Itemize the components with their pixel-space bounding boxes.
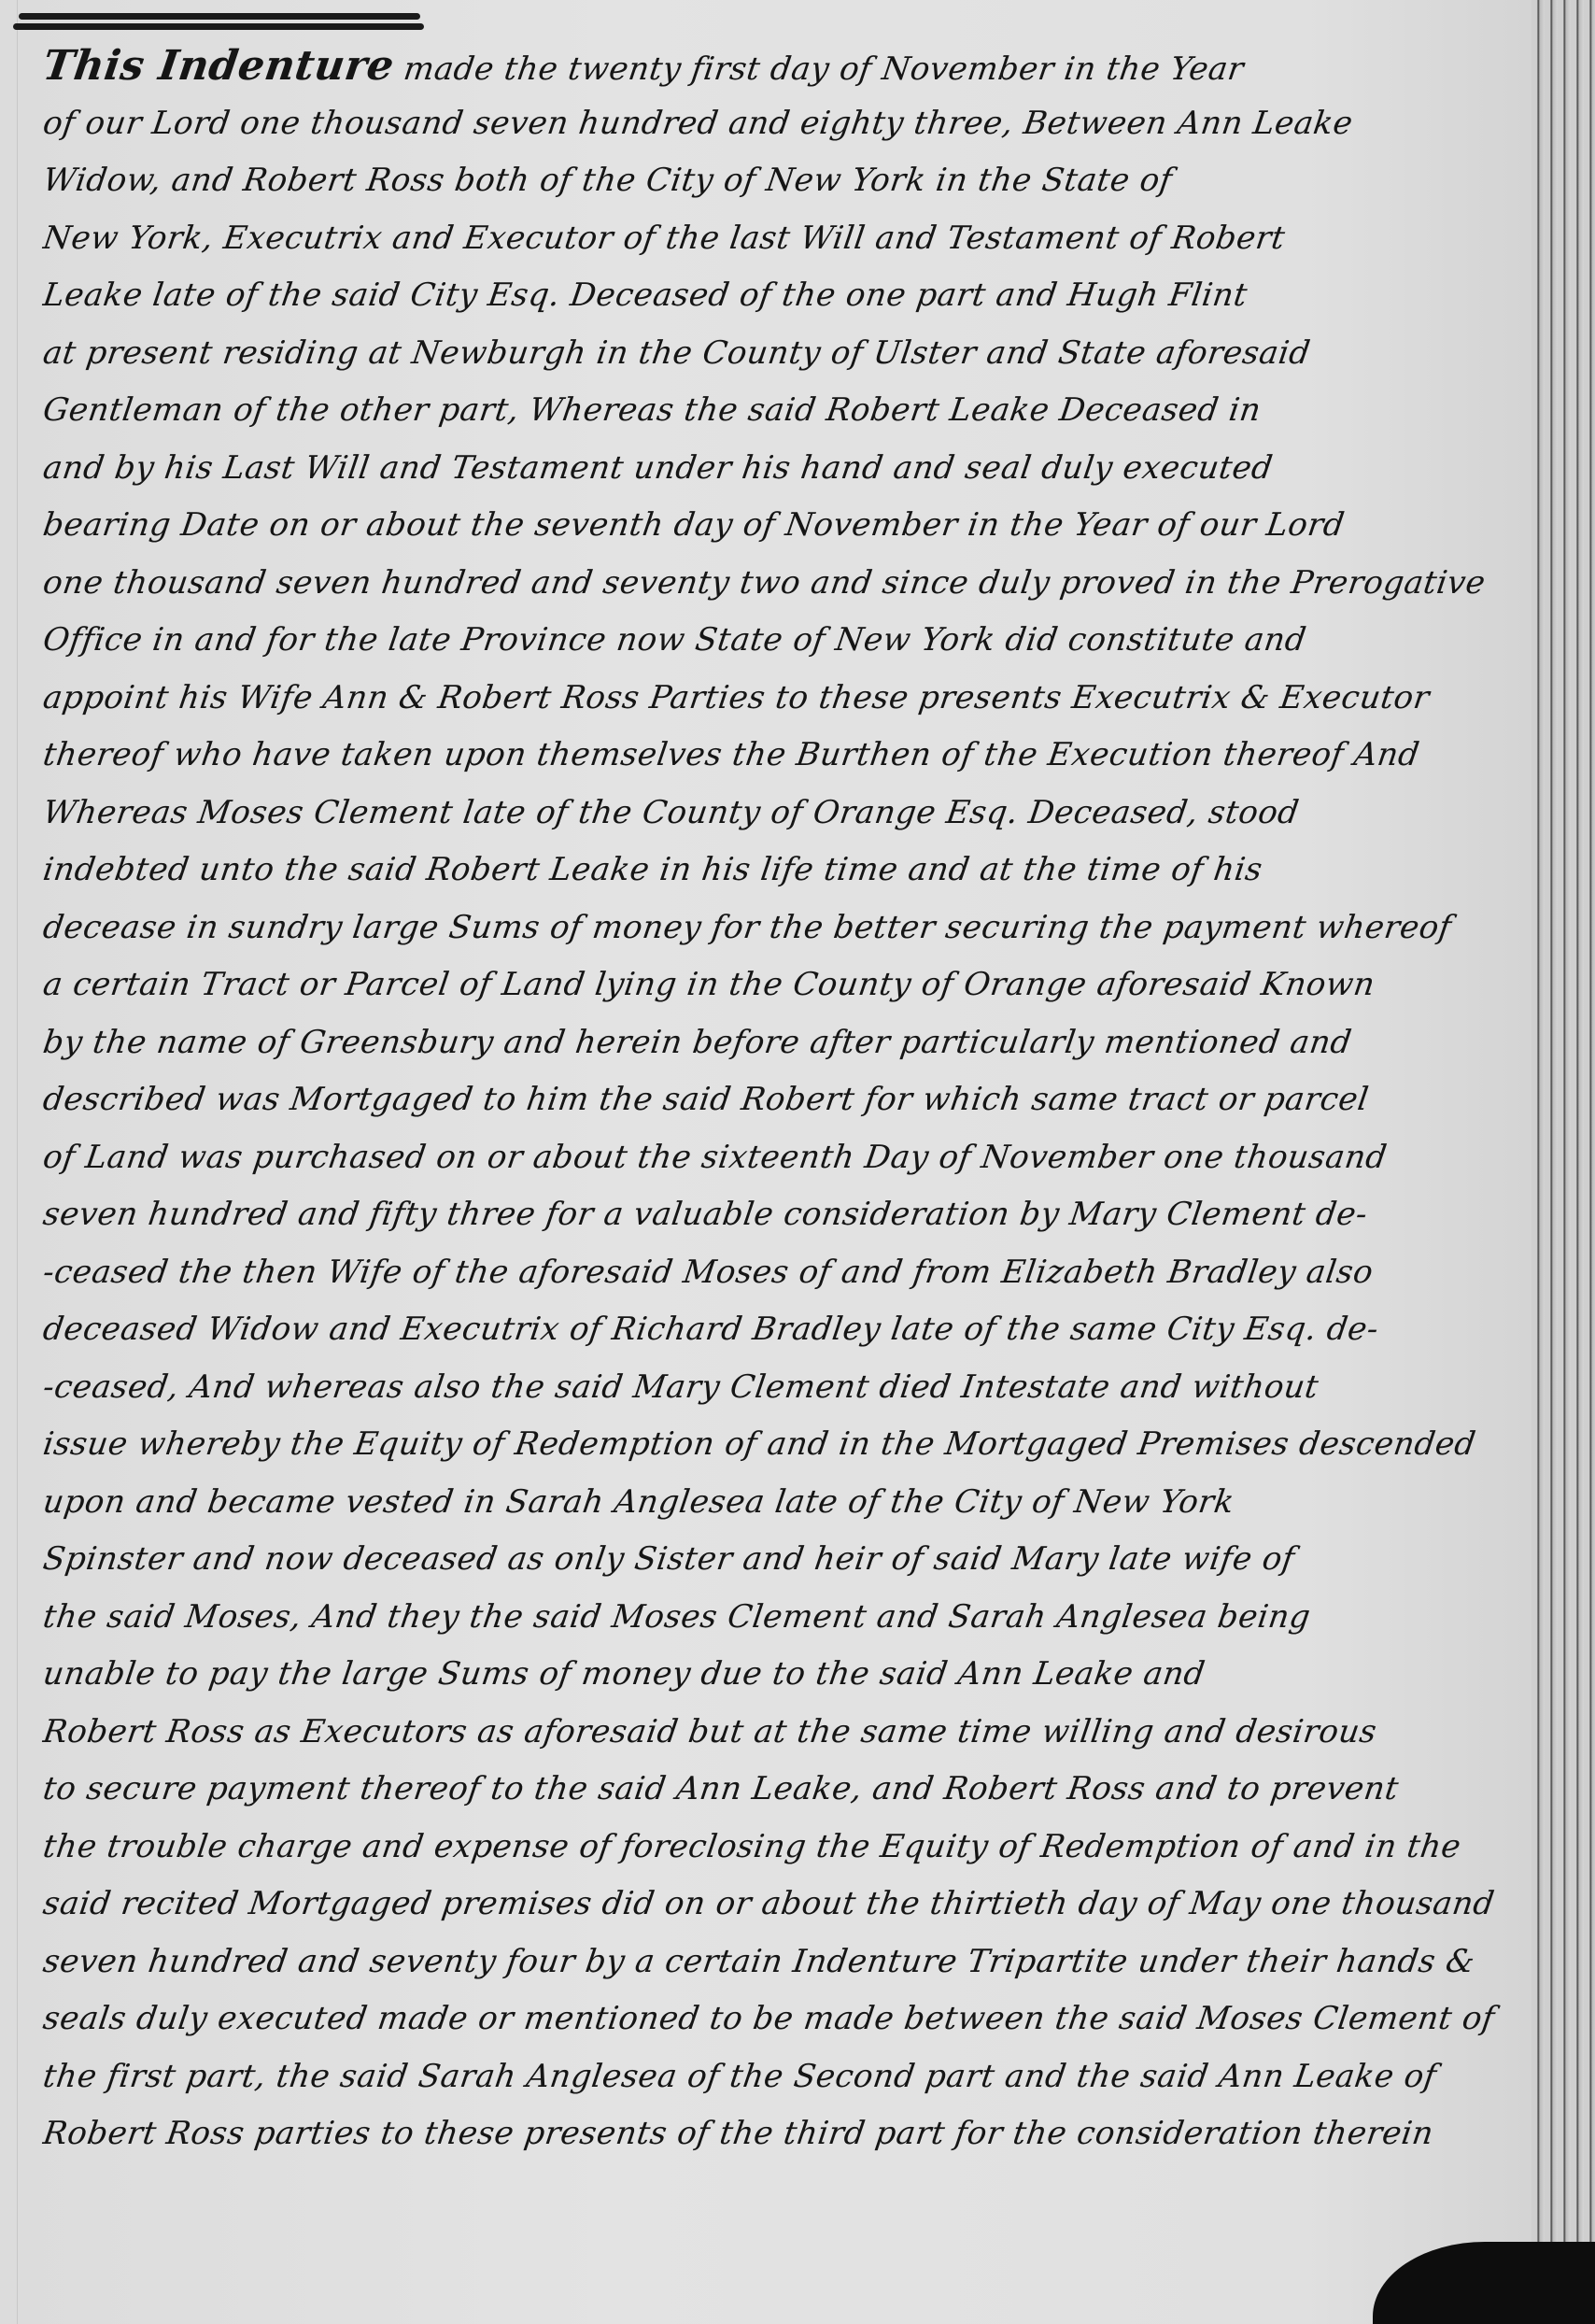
text-line: deceased Widow and Executrix of Richard …: [39, 1301, 1504, 1359]
text-line: one thousand seven hundred and seventy t…: [39, 555, 1504, 613]
text-line: seven hundred and seventy four by a cert…: [39, 1934, 1504, 1991]
text-line: Spinster and now deceased as only Sister…: [39, 1531, 1504, 1589]
heading-word: This Indenture: [40, 42, 398, 90]
margin-line: [17, 0, 18, 2324]
text-line: indebted unto the said Robert Leake in h…: [39, 842, 1504, 900]
text-line: seals duly executed made or mentioned to…: [39, 1991, 1504, 2048]
text-line: of our Lord one thousand seven hundred a…: [39, 95, 1504, 153]
rule-bar-upper: [19, 13, 420, 20]
text-line: Office in and for the late Province now …: [39, 612, 1504, 670]
header-double-rule: [19, 13, 420, 30]
text-line: Gentleman of the other part, Whereas the…: [39, 382, 1504, 440]
text-line: to secure payment thereof to the said An…: [39, 1761, 1504, 1819]
handwritten-text-block: This Indenture made the twenty first day…: [39, 37, 1496, 2163]
text-line: Robert Ross as Executors as aforesaid bu…: [39, 1704, 1504, 1762]
document-page: This Indenture made the twenty first day…: [0, 0, 1531, 2324]
text-line: New York, Executrix and Executor of the …: [39, 210, 1504, 268]
text-line: thereof who have taken upon themselves t…: [39, 727, 1504, 785]
text-line: -ceased, And whereas also the said Mary …: [39, 1359, 1504, 1417]
text-line: -ceased the then Wife of the aforesaid M…: [39, 1244, 1504, 1302]
text-line: of Land was purchased on or about the si…: [39, 1129, 1504, 1187]
text-line: the trouble charge and expense of forecl…: [39, 1819, 1504, 1877]
text-line: decease in sundry large Sums of money fo…: [39, 900, 1504, 957]
text-line: upon and became vested in Sarah Anglesea…: [39, 1474, 1504, 1532]
text-line: a certain Tract or Parcel of Land lying …: [39, 957, 1504, 1014]
text-line: seven hundred and fifty three for a valu…: [39, 1186, 1504, 1244]
text-line: the first part, the said Sarah Anglesea …: [39, 2048, 1504, 2106]
text-line: Widow, and Robert Ross both of the City …: [39, 152, 1504, 210]
rule-bar-lower: [13, 23, 424, 30]
text-line: described was Mortgaged to him the said …: [39, 1071, 1504, 1129]
text-line: Robert Ross parties to these presents of…: [39, 2105, 1504, 2163]
text-line: at present residing at Newburgh in the C…: [39, 325, 1504, 383]
text-line: issue whereby the Equity of Redemption o…: [39, 1416, 1504, 1474]
text-line: Whereas Moses Clement late of the County…: [39, 785, 1504, 843]
text-line: and by his Last Will and Testament under…: [39, 440, 1504, 498]
text-line: by the name of Greensbury and herein bef…: [39, 1014, 1504, 1072]
text-line: appoint his Wife Ann & Robert Ross Parti…: [39, 670, 1504, 728]
text-line: said recited Mortgaged premises did on o…: [39, 1876, 1504, 1934]
text-line: the said Moses, And they the said Moses …: [39, 1589, 1504, 1647]
text-line: bearing Date on or about the seventh day…: [39, 497, 1504, 555]
text-line: This Indenture made the twenty first day…: [39, 37, 1504, 95]
text-line: Leake late of the said City Esq. Decease…: [39, 267, 1504, 325]
text-line: unable to pay the large Sums of money du…: [39, 1646, 1504, 1704]
book-binding-edge: [1531, 0, 1595, 2324]
